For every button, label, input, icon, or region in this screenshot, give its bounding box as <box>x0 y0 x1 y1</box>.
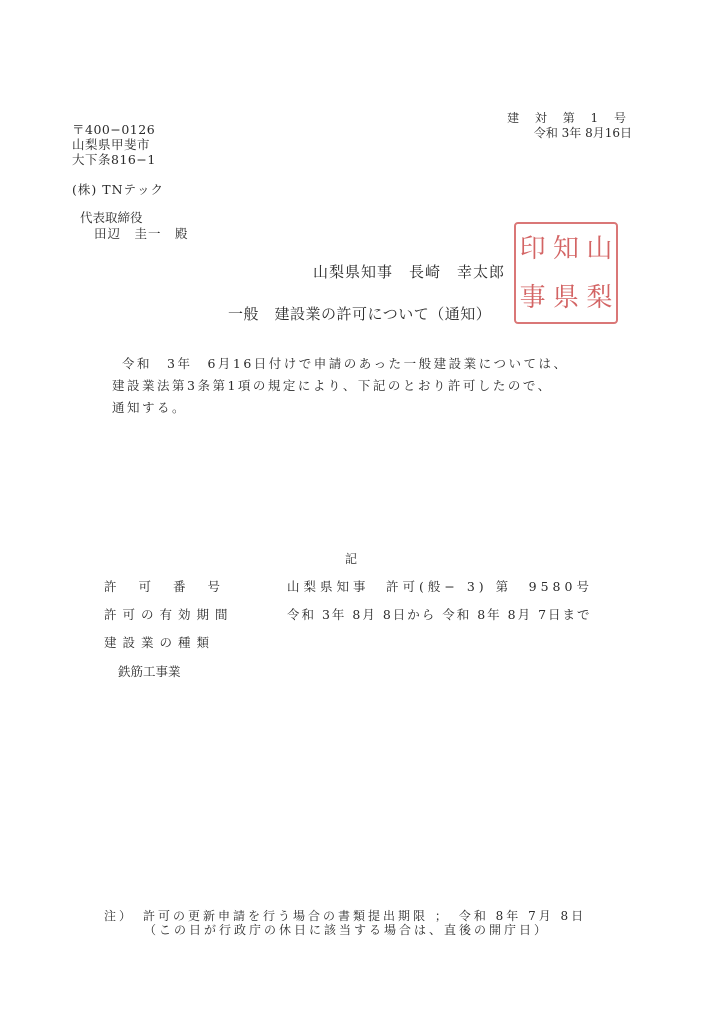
document-subject: 一般 建設業の許可について（通知） <box>228 303 491 324</box>
validity-period-value: 令和 3年 8月 8日から 令和 8年 8月 7日まで <box>287 605 592 623</box>
seal-char: 印 <box>516 236 549 262</box>
note-line-2: （この日が行政庁の休日に該当する場合は、直後の開庁日） <box>144 921 549 938</box>
body-line-2: 建設業法第3条第1項の規定により、下記のとおり許可したので、 <box>112 375 632 397</box>
validity-period-label: 許可の有効期間 <box>104 605 234 623</box>
construction-type-label: 建設業の種類 <box>104 633 215 651</box>
recipient-address: 〒400−0126 山梨県甲斐市 大下条816−1 <box>72 122 156 167</box>
address-line-2: 大下条816−1 <box>72 152 156 167</box>
seal-char: 梨 <box>583 285 616 311</box>
record-heading: 記 <box>345 550 357 567</box>
seal-char: 山 <box>583 236 616 262</box>
body-line-1: 令和 3年 6月16日付けで申請のあった一般建設業については、 <box>112 353 632 375</box>
permit-number-label: 許可番号 <box>104 577 242 595</box>
seal-char: 県 <box>549 285 582 311</box>
body-line-3: 通知する。 <box>112 397 632 419</box>
body-paragraph: 令和 3年 6月16日付けで申請のあった一般建設業については、 建設業法第3条第… <box>112 353 632 419</box>
recipient-company: (株) TNテック <box>72 180 164 198</box>
official-seal-icon: 印 知 山 事 県 梨 <box>514 222 618 324</box>
postal-code: 〒400−0126 <box>72 122 156 137</box>
seal-char: 事 <box>516 285 549 311</box>
issuer-name: 山梨県知事 長崎 幸太郎 <box>313 261 505 282</box>
address-line-1: 山梨県甲斐市 <box>72 137 156 152</box>
document-number-block: 建 対 第 1 号 令和 3年 8月16日 <box>507 111 632 141</box>
document-number: 建 対 第 1 号 <box>507 111 632 126</box>
construction-type-value: 鉄筋工事業 <box>118 662 181 680</box>
document-date: 令和 3年 8月16日 <box>507 126 632 141</box>
representative-name: 田辺 圭一 殿 <box>94 224 189 242</box>
seal-char: 知 <box>549 236 582 262</box>
permit-number-value: 山梨県知事 許可(般− 3) 第 9580号 <box>287 577 593 595</box>
